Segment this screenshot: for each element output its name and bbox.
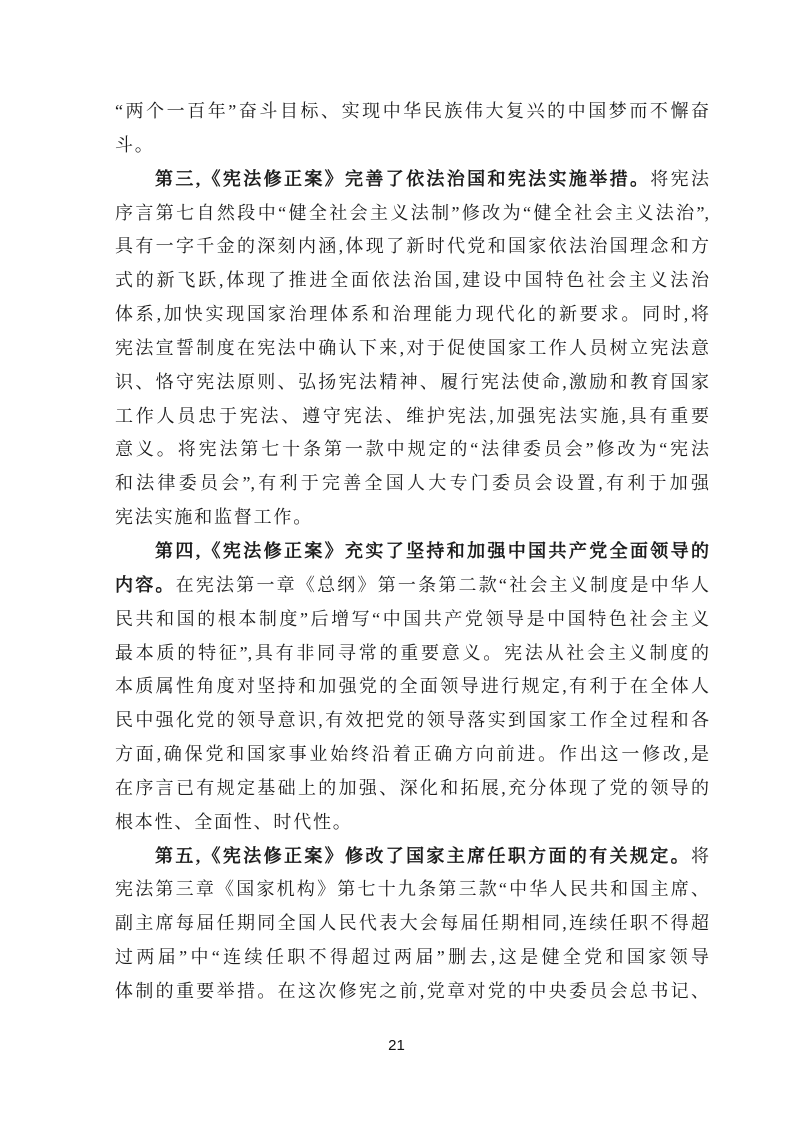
body-text: 和法律委员会”,有利于完善全国人大专门委员会设置,有利于加强 — [115, 473, 709, 493]
lead-bold-text: 第五,《宪法修正案》修改了国家主席任职方面的有关规定。 — [155, 846, 691, 866]
text-line: 具有一字千金的深刻内涵,体现了新时代党和国家依法治国理念和方 — [115, 230, 709, 264]
body-text: 斗。 — [115, 135, 155, 155]
text-line: “两个一百年”奋斗目标、实现中华民族伟大复兴的中国梦而不懈奋 — [115, 95, 709, 129]
body-text: 体制的重要举措。在这次修宪之前,党章对党的中央委员会总书记、 — [115, 981, 709, 1001]
lead-bold-text: 第三,《宪法修正案》完善了依法治国和宪法实施举措。 — [155, 169, 650, 189]
text-line: 宪法第三章《国家机构》第七十九条第三款“中华人民共和国主席、 — [115, 873, 709, 907]
text-line: 过两届”中“连续任职不得超过两届”删去,这是健全党和国家领导 — [115, 941, 709, 975]
body-text: 民共和国的根本制度”后增写“中国共产党领导是中国特色社会主义 — [115, 609, 709, 629]
body-text: 序言第七自然段中“健全社会主义法制”修改为“健全社会主义法治”, — [115, 203, 709, 223]
body-text: 具有一字千金的深刻内涵,体现了新时代党和国家依法治国理念和方 — [115, 236, 709, 256]
body-text: 在宪法第一章《总纲》第一条第二款“社会主义制度是中华人 — [176, 575, 709, 595]
body-text: 副主席每届任期同全国人民代表大会每届任期相同,连续任职不得超 — [115, 913, 709, 933]
body-text: 根本性、全面性、时代性。 — [115, 812, 353, 832]
text-line: 识、恪守宪法原则、弘扬宪法精神、履行宪法使命,激励和教育国家 — [115, 366, 709, 400]
text-line: 副主席每届任期同全国人民代表大会每届任期相同,连续任职不得超 — [115, 907, 709, 941]
body-text: 式的新飞跃,体现了推进全面依法治国,建设中国特色社会主义法治 — [115, 270, 709, 290]
text-line: 宪法实施和监督工作。 — [115, 501, 709, 535]
body-text: 最本质的特征”,具有非同寻常的重要意义。宪法从社会主义制度的 — [115, 643, 709, 663]
document-page: “两个一百年”奋斗目标、实现中华民族伟大复兴的中国梦而不懈奋斗。第三,《宪法修正… — [0, 0, 793, 1122]
body-text: 在序言已有规定基础上的加强、深化和拓展,充分体现了党的领导的 — [115, 778, 709, 798]
body-text: 宪法宣誓制度在宪法中确认下来,对于促使国家工作人员树立宪法意 — [115, 338, 709, 358]
body-text: “两个一百年”奋斗目标、实现中华民族伟大复兴的中国梦而不懈奋 — [115, 101, 709, 121]
body-text: 意义。将宪法第七十条第一款中规定的“法律委员会”修改为“宪法 — [115, 439, 709, 459]
text-line: 方面,确保党和国家事业始终沿着正确方向前进。作出这一修改,是 — [115, 738, 709, 772]
body-text: 工作人员忠于宪法、遵守宪法、维护宪法,加强宪法实施,具有重要 — [115, 406, 709, 426]
body-text: 宪法实施和监督工作。 — [115, 507, 313, 527]
body-text: 本质属性角度对坚持和加强党的全面领导进行规定,有利于在全体人 — [115, 676, 709, 696]
body-text: 体系,加快实现国家治理体系和治理能力现代化的新要求。同时,将 — [115, 304, 709, 324]
body-text: 将宪法 — [650, 169, 709, 189]
body-text: 过两届”中“连续任职不得超过两届”删去,这是健全党和国家领导 — [115, 947, 709, 967]
text-line: 体制的重要举措。在这次修宪之前,党章对党的中央委员会总书记、 — [115, 975, 709, 1009]
text-line: 本质属性角度对坚持和加强党的全面领导进行规定,有利于在全体人 — [115, 670, 709, 704]
document-body: “两个一百年”奋斗目标、实现中华民族伟大复兴的中国梦而不懈奋斗。第三,《宪法修正… — [115, 95, 709, 1009]
text-line: 民中强化党的领导意识,有效把党的领导落实到国家工作全过程和各 — [115, 704, 709, 738]
body-text: 方面,确保党和国家事业始终沿着正确方向前进。作出这一修改,是 — [115, 744, 709, 764]
text-line: 在序言已有规定基础上的加强、深化和拓展,充分体现了党的领导的 — [115, 772, 709, 806]
text-line: 体系,加快实现国家治理体系和治理能力现代化的新要求。同时,将 — [115, 298, 709, 332]
text-line: 根本性、全面性、时代性。 — [115, 806, 709, 840]
text-line: 内容。在宪法第一章《总纲》第一条第二款“社会主义制度是中华人 — [115, 569, 709, 603]
text-line: 第五,《宪法修正案》修改了国家主席任职方面的有关规定。将 — [115, 840, 709, 874]
text-line: 工作人员忠于宪法、遵守宪法、维护宪法,加强宪法实施,具有重要 — [115, 400, 709, 434]
lead-bold-text: 内容。 — [115, 575, 176, 595]
text-line: 和法律委员会”,有利于完善全国人大专门委员会设置,有利于加强 — [115, 467, 709, 501]
text-line: 最本质的特征”,具有非同寻常的重要意义。宪法从社会主义制度的 — [115, 637, 709, 671]
body-text: 识、恪守宪法原则、弘扬宪法精神、履行宪法使命,激励和教育国家 — [115, 372, 709, 392]
text-line: 斗。 — [115, 129, 709, 163]
text-line: 式的新飞跃,体现了推进全面依法治国,建设中国特色社会主义法治 — [115, 264, 709, 298]
text-line: 民共和国的根本制度”后增写“中国共产党领导是中国特色社会主义 — [115, 603, 709, 637]
text-line: 第四,《宪法修正案》充实了坚持和加强中国共产党全面领导的 — [115, 535, 709, 569]
body-text: 将 — [691, 846, 709, 866]
lead-bold-text: 第四,《宪法修正案》充实了坚持和加强中国共产党全面领导的 — [155, 541, 709, 561]
page-number: 21 — [0, 1037, 793, 1054]
text-line: 意义。将宪法第七十条第一款中规定的“法律委员会”修改为“宪法 — [115, 433, 709, 467]
text-line: 第三,《宪法修正案》完善了依法治国和宪法实施举措。将宪法 — [115, 163, 709, 197]
body-text: 民中强化党的领导意识,有效把党的领导落实到国家工作全过程和各 — [115, 710, 709, 730]
text-line: 序言第七自然段中“健全社会主义法制”修改为“健全社会主义法治”, — [115, 197, 709, 231]
text-line: 宪法宣誓制度在宪法中确认下来,对于促使国家工作人员树立宪法意 — [115, 332, 709, 366]
body-text: 宪法第三章《国家机构》第七十九条第三款“中华人民共和国主席、 — [115, 879, 709, 899]
